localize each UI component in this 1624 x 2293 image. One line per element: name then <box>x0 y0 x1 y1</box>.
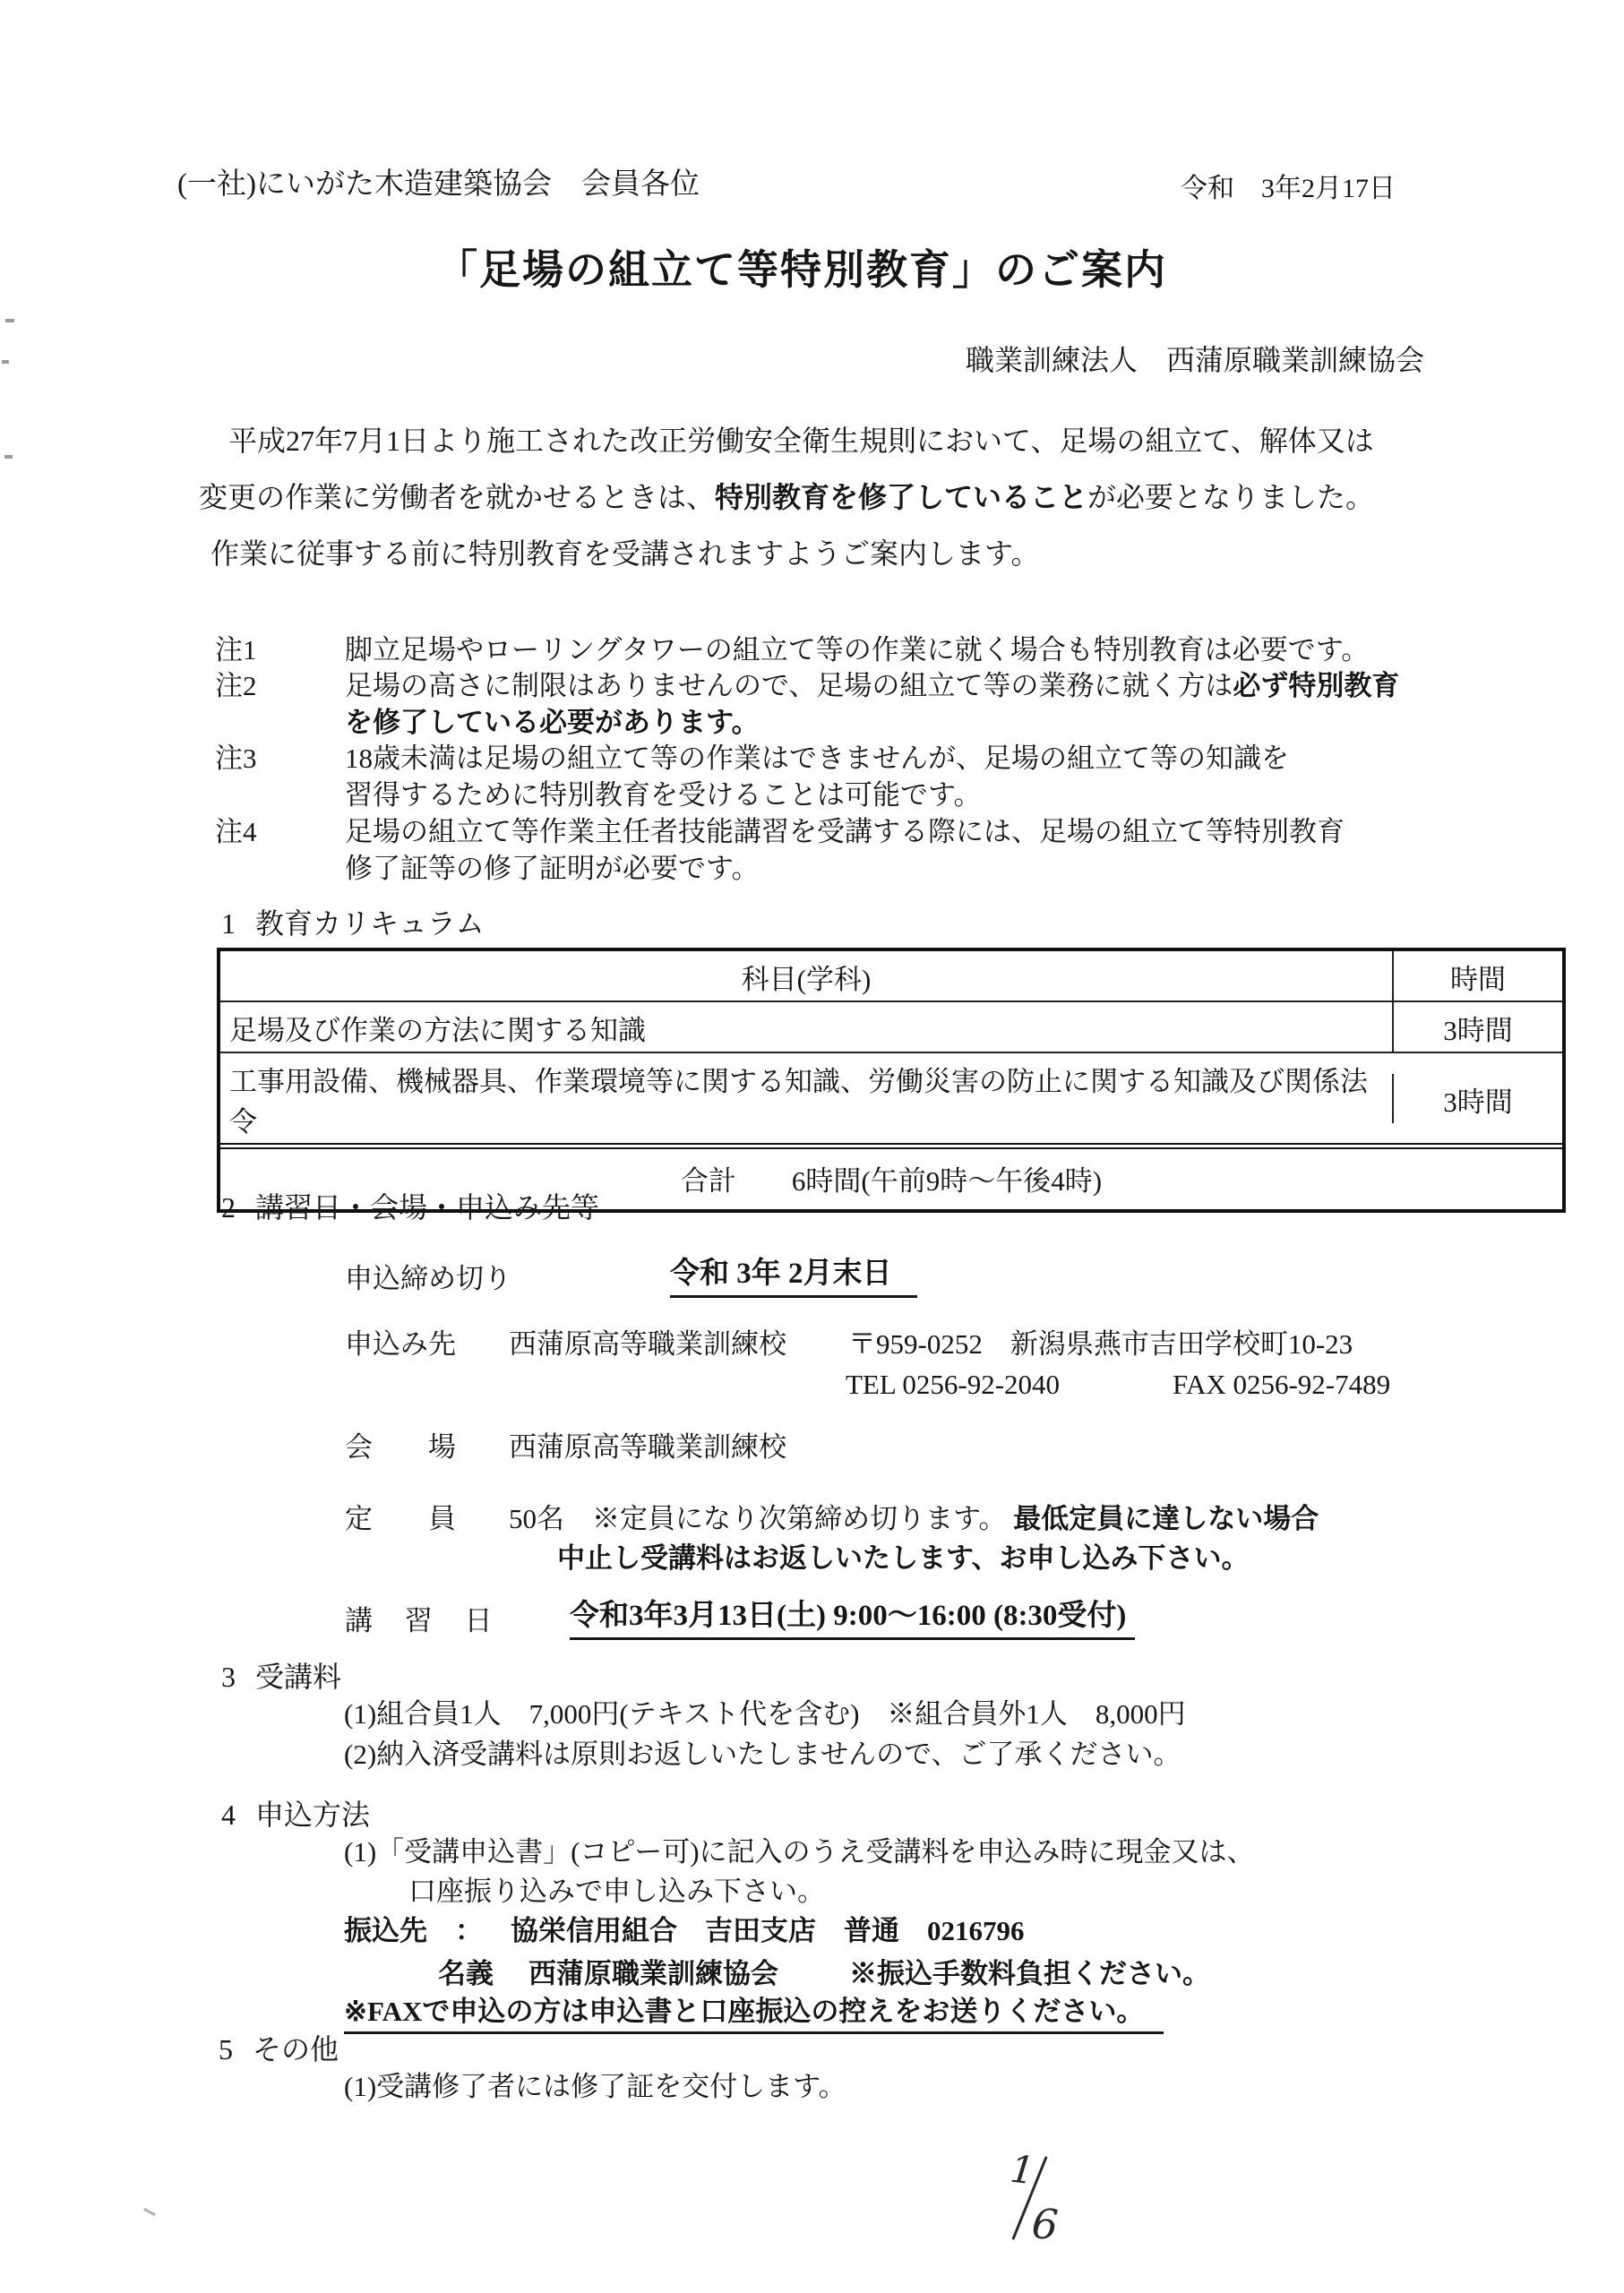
other-item-1: (1)受講修了者には修了証を交付します。 <box>344 2071 846 2103</box>
section-1-heading: 1 教育カリキュラム <box>221 907 485 940</box>
document-page: (一社)にいがた木造建築協会 会員各位 令和 3年2月17日 「足場の組立て等特… <box>0 0 1624 2293</box>
note-3-line-1: 18歳未満は足場の組立て等の作業はできませんが、足場の組立て等の知識を <box>345 743 1289 775</box>
course-date-label: 講 習 日 <box>345 1605 505 1637</box>
fee-item-2: (2)納入済受講料は原則お返しいたしませんので、ご了承ください。 <box>344 1739 1181 1771</box>
issuer-org: 職業訓練法人 西蒲原職業訓練協会 <box>966 344 1424 377</box>
capacity-line-2: 中止し受講料はお返しいたします、お申し込み下さい。 <box>557 1542 1250 1575</box>
section-1-number: 1 <box>221 907 236 940</box>
fee-item-1: (1)組合員1人 7,000円(テキスト代を含む) ※組合員外1人 8,000円 <box>344 1698 1186 1730</box>
account-name-value: 西蒲原職業訓練協会 <box>528 1958 778 1990</box>
section-4-number: 4 <box>221 1799 236 1832</box>
note-2-line-2: を修了している必要があります。 <box>345 707 760 739</box>
note-4-line-2: 修了証等の修了証明が必要です。 <box>345 853 760 885</box>
section-5-heading: 5 その他 <box>219 2033 339 2066</box>
doc-title: 「足場の組立て等特別教育」のご案内 <box>0 247 1603 295</box>
section-3-number: 3 <box>221 1661 236 1694</box>
venue-label: 会 場 <box>345 1431 456 1464</box>
apply-method-line-2: 口座振り込みで申し込み下さい。 <box>408 1876 825 1908</box>
section-4-title: 申込方法 <box>255 1799 370 1832</box>
intro-line-2-post: が必要となりました。 <box>1087 481 1374 513</box>
capacity-warning-bold: 最低定員に達しない場合 <box>1013 1503 1319 1534</box>
note-3-line-2: 習得するために特別教育を受けることは可能です。 <box>345 779 982 812</box>
table-cell-hours: 3時間 <box>1392 1002 1562 1052</box>
intro-line-1: 平成27年7月1日より施工された改正労働安全衛生規則において、足場の組立て、解体… <box>228 425 1374 458</box>
capacity-label: 定 員 <box>345 1503 456 1535</box>
section-1-title: 教育カリキュラム <box>255 907 485 940</box>
section-2-title: 講習日・会場・申込み先等 <box>255 1191 599 1224</box>
intro-line-2-bold: 特別教育を修了していること <box>715 481 1087 513</box>
course-date-value: 令和3年3月13日(土) 9:00～16:00 (8:30受付) <box>570 1600 1135 1640</box>
transfer-label: 振込先 ： <box>344 1915 483 1947</box>
section-4-heading: 4 申込方法 <box>221 1799 370 1832</box>
note-2-line-1: 足場の高さに制限はありませんので、足場の組立て等の業務に就く方は必ず特別教育 <box>345 670 1399 702</box>
table-row: 足場及び作業の方法に関する知識 3時間 <box>220 1002 1562 1053</box>
table-cell-hours: 3時間 <box>1392 1074 1562 1123</box>
note-2-label: 注2 <box>215 670 257 702</box>
section-5-title: その他 <box>253 2033 339 2066</box>
apply-to-label: 申込み先 <box>345 1328 456 1361</box>
deadline-label: 申込締め切り <box>345 1263 511 1295</box>
apply-to-fax: FAX 0256-92-7489 <box>1173 1369 1390 1401</box>
recipient-line: (一社)にいがた木造建築協会 会員各位 <box>177 168 700 202</box>
capacity-text: 50名 ※定員になり次第締め切ります。 <box>509 1503 1013 1534</box>
scan-artifact <box>5 319 14 322</box>
page-number-denominator: 6 <box>1030 2199 1060 2249</box>
scan-artifact <box>143 2208 156 2216</box>
note-3-label: 注3 <box>215 743 257 775</box>
table-cell-subject: 工事用設備、機械器具、作業環境等に関する知識、労働災害の防止に関する知識及び関係… <box>220 1053 1392 1143</box>
section-5-number: 5 <box>219 2033 233 2066</box>
intro-line-2-pre: 変更の作業に労働者を就かせるときは、 <box>199 481 715 513</box>
deadline-value: 令和 3年 2月末日 <box>670 1258 917 1298</box>
note-1-label: 注1 <box>215 634 257 666</box>
apply-to-address: 〒959-0252 新潟県燕市吉田学校町10-23 <box>848 1328 1353 1361</box>
section-3-heading: 3 受講料 <box>221 1661 341 1694</box>
apply-to-tel: TEL 0256-92-2040 <box>846 1369 1060 1401</box>
scan-artifact <box>2 360 9 364</box>
intro-line-3: 作業に従事する前に特別教育を受講されますようご案内します。 <box>211 537 1039 571</box>
note-4-label: 注4 <box>215 816 257 848</box>
handwritten-page-number: 1 6 <box>1005 2148 1077 2255</box>
section-2-heading: 2 講習日・会場・申込み先等 <box>221 1191 599 1224</box>
section-2-number: 2 <box>221 1191 236 1224</box>
transfer-account: 協栄信用組合 吉田支店 普通 0216796 <box>511 1915 1025 1947</box>
fax-apply-note: ※FAXで申込の方は申込書と口座振込の控えをお送りください。 <box>344 1996 1164 2034</box>
venue-value: 西蒲原高等職業訓練校 <box>509 1431 786 1464</box>
note-4-line-1: 足場の組立て等作業主任者技能講習を受講する際には、足場の組立て等特別教育 <box>345 816 1345 848</box>
table-cell-subject: 足場及び作業の方法に関する知識 <box>220 1002 1392 1052</box>
scan-artifact <box>4 455 13 459</box>
note-2-line-1-pre: 足場の高さに制限はありませんので、足場の組立て等の業務に就く方は <box>345 670 1233 701</box>
apply-to-name: 西蒲原高等職業訓練校 <box>509 1328 786 1361</box>
apply-method-line-1: (1)「受講申込書」(コピー可)に記入のうえ受講料を申込み時に現金又は、 <box>344 1836 1255 1868</box>
table-header-row: 科目(学科) 時間 <box>220 951 1562 1002</box>
table-header-subject: 科目(学科) <box>220 951 1392 1001</box>
curriculum-table: 科目(学科) 時間 足場及び作業の方法に関する知識 3時間 工事用設備、機械器具… <box>217 948 1566 1213</box>
table-header-hours: 時間 <box>1392 951 1562 1001</box>
table-row: 工事用設備、機械器具、作業環境等に関する知識、労働災害の防止に関する知識及び関係… <box>220 1053 1562 1143</box>
note-2-line-1-bold: 必ず特別教育 <box>1233 670 1399 701</box>
transfer-fee-note: ※振込手数料負担ください。 <box>849 1958 1210 1990</box>
capacity-line-1: 50名 ※定員になり次第締め切ります。 最低定員に達しない場合 <box>509 1503 1319 1535</box>
issue-date: 令和 3年2月17日 <box>1181 174 1396 205</box>
account-name-label: 名義 <box>438 1958 494 1990</box>
intro-line-2: 変更の作業に労働者を就かせるときは、特別教育を修了していることが必要となりました… <box>199 481 1374 514</box>
note-1-text: 脚立足場やローリングタワーの組立て等の作業に就く場合も特別教育は必要です。 <box>345 634 1369 666</box>
section-3-title: 受講料 <box>255 1661 341 1694</box>
